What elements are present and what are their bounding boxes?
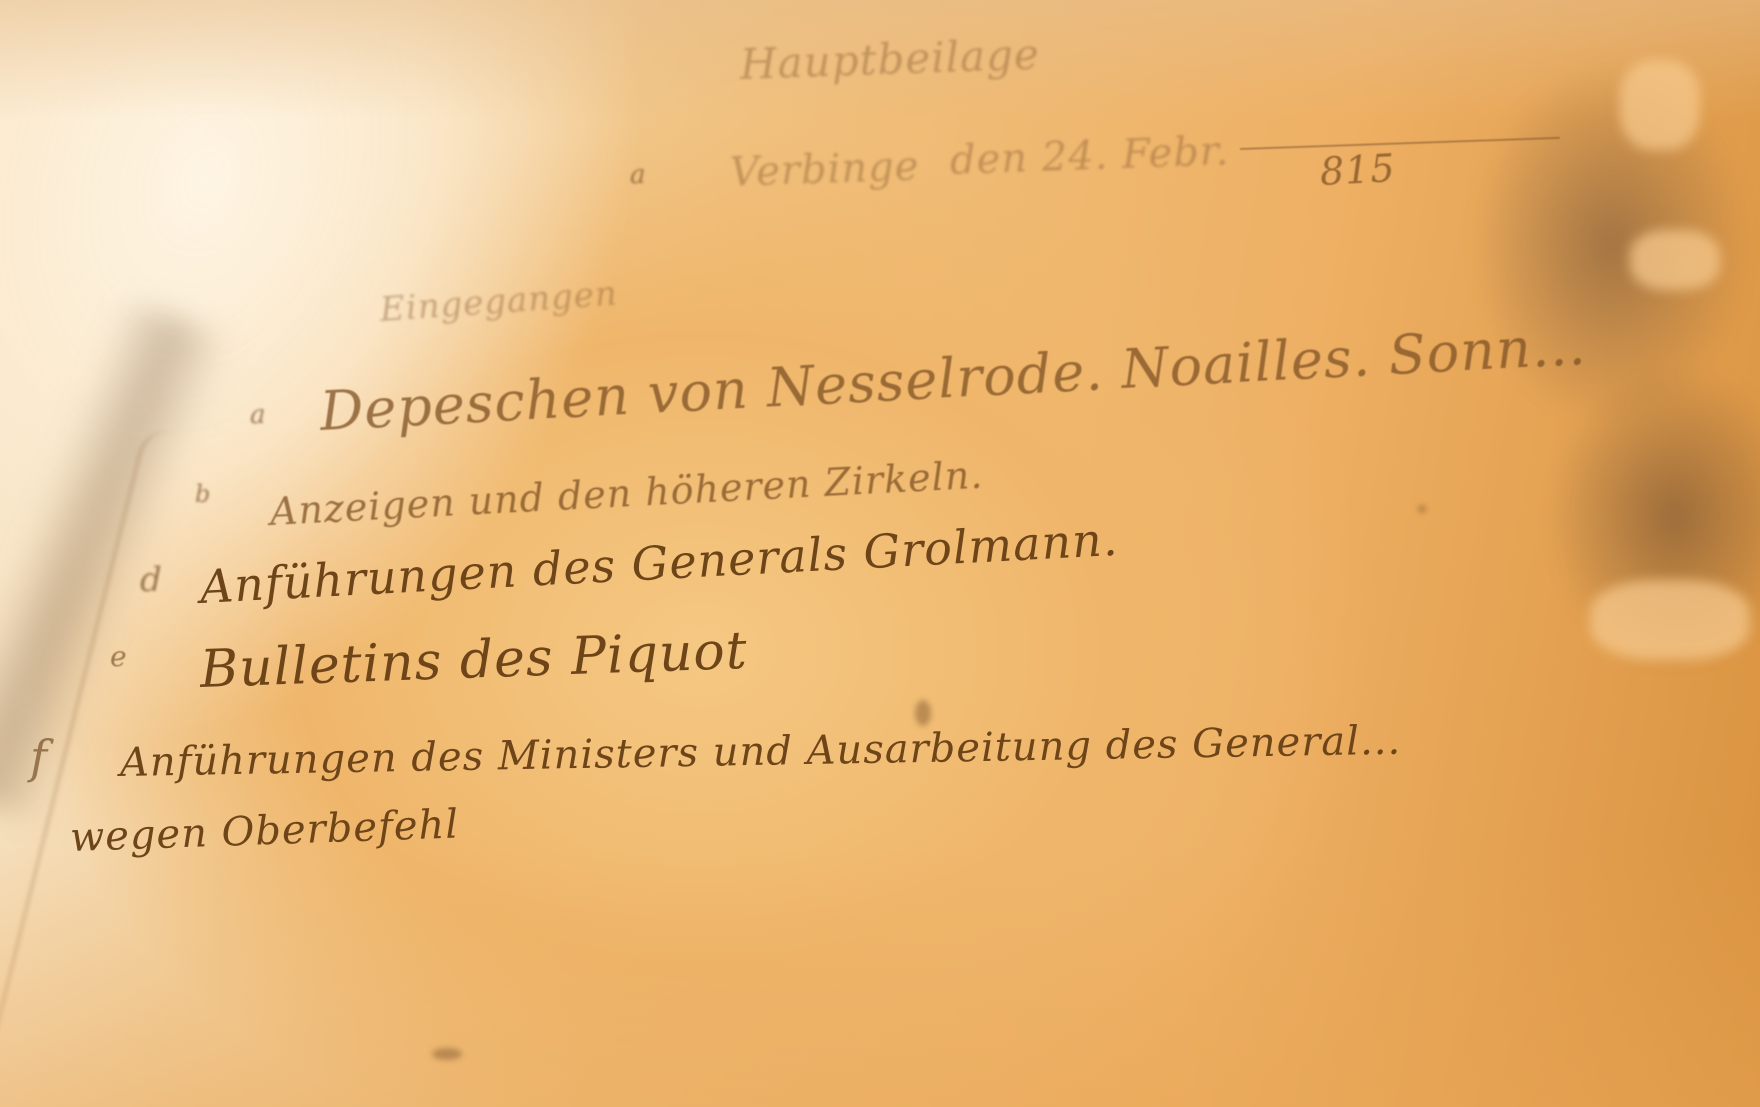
- entry-marker: d: [140, 560, 162, 600]
- dateline-year: 815: [1319, 146, 1397, 194]
- bottom-tint: [0, 847, 1760, 1107]
- entry-marker: e: [110, 640, 127, 673]
- ink-spot: [1418, 505, 1426, 513]
- dateline-date: den 24. Febr.: [949, 128, 1230, 184]
- manuscript-photo: Hauptbeilage a Verbinge den 24. Febr. 81…: [0, 0, 1760, 1107]
- entry-marker: b: [195, 480, 210, 508]
- dateline-marker: a: [630, 160, 646, 190]
- ink-spot: [432, 1048, 462, 1060]
- damage-highlight: [1630, 230, 1720, 290]
- damage-highlight: [1590, 580, 1750, 660]
- entry-marker: a: [250, 400, 266, 430]
- entry-marker: f: [30, 730, 47, 784]
- dateline-place: Verbinge: [729, 143, 920, 196]
- damage-highlight: [1620, 60, 1700, 150]
- ink-spot: [915, 700, 931, 726]
- manuscript-heading: Hauptbeilage: [739, 30, 1040, 89]
